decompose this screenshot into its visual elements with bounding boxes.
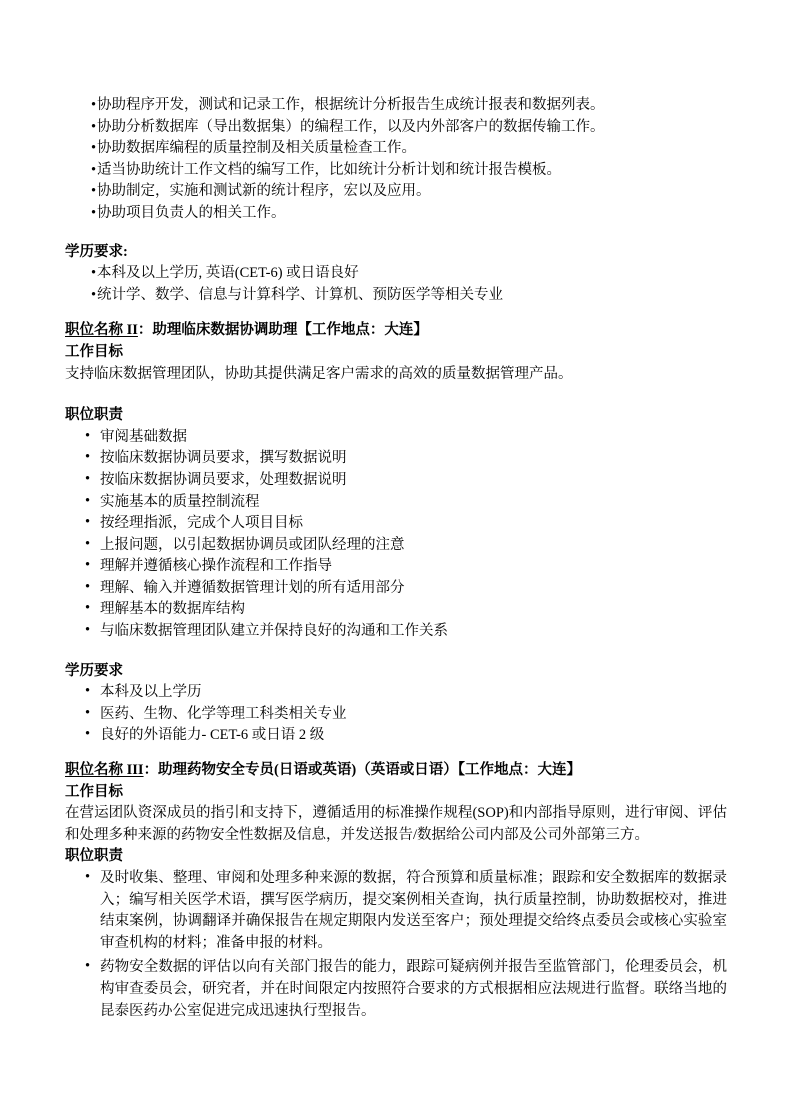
list-item: 按临床数据协调员要求，撰写数据说明 [65, 448, 727, 470]
education-requirements-list: 本科及以上学历, 英语(CET-6) 或日语良好统计学、数学、信息与计算科学、计… [65, 263, 727, 306]
list-item: 良好的外语能力- CET-6 或日语 2 级 [65, 725, 727, 747]
list-item: 理解并遵循核心操作流程和工作指导 [65, 556, 727, 578]
list-item: 及时收集、整理、审阅和处理多种来源的数据，符合预算和质量标准；跟踪和安全数据库的… [65, 868, 727, 954]
list-item: 理解、输入并遵循数据管理计划的所有适用部分 [65, 578, 727, 600]
list-item: 本科及以上学历 [65, 682, 727, 704]
list-item: 审阅基础数据 [65, 427, 727, 449]
list-item: 本科及以上学历, 英语(CET-6) 或日语良好 [65, 263, 727, 285]
job2-education-heading: 学历要求 [65, 661, 727, 683]
list-item: 与临床数据管理团队建立并保持良好的沟通和工作关系 [65, 621, 727, 643]
list-item: 药物安全数据的评估以向有关部门报告的能力，跟踪可疑病例并报告至监管部门，伦理委员… [65, 957, 727, 1022]
list-item: 实施基本的质量控制流程 [65, 492, 727, 514]
job2-duties-list: 审阅基础数据按临床数据协调员要求，撰写数据说明按临床数据协调员要求，处理数据说明… [65, 427, 727, 643]
job2-goal-text: 支持临床数据管理团队，协助其提供满足客户需求的高效的质量数据管理产品。 [65, 364, 727, 386]
list-item: 按临床数据协调员要求，处理数据说明 [65, 470, 727, 492]
job2-title-rest: ：助理临床数据协调助理【工作地点：大连】 [138, 322, 428, 338]
job3-goal-heading: 工作目标 [65, 782, 727, 804]
job2-education-list: 本科及以上学历医药、生物、化学等理工科类相关专业良好的外语能力- CET-6 或… [65, 682, 727, 747]
job3-goal-text: 在营运团队资深成员的指引和支持下，遵循适用的标准操作规程(SOP)和内部指导原则… [65, 803, 727, 846]
list-item: 协助程序开发，测试和记录工作，根据统计分析报告生成统计报表和数据列表。 [65, 95, 727, 117]
job2-duties-heading: 职位职责 [65, 405, 727, 427]
list-item: 协助项目负责人的相关工作。 [65, 203, 727, 225]
intro-duties-list: 协助程序开发，测试和记录工作，根据统计分析报告生成统计报表和数据列表。协助分析数… [65, 95, 727, 225]
list-item: 协助数据库编程的质量控制及相关质量检查工作。 [65, 138, 727, 160]
job2-title-name: 职位名称 II [65, 322, 138, 338]
list-item: 协助制定，实施和测试新的统计程序，宏以及应用。 [65, 181, 727, 203]
job3-title-rest: ：助理药物安全专员(日语或英语)（英语或日语）【工作地点：大连】 [144, 762, 581, 778]
document-page: 协助程序开发，测试和记录工作，根据统计分析报告生成统计报表和数据列表。协助分析数… [0, 0, 792, 1120]
job2-goal-heading: 工作目标 [65, 342, 727, 364]
job3-duties-heading: 职位职责 [65, 846, 727, 868]
list-item: 协助分析数据库（导出数据集）的编程工作，以及内外部客户的数据传输工作。 [65, 117, 727, 139]
list-item: 上报问题，以引起数据协调员或团队经理的注意 [65, 535, 727, 557]
list-item: 统计学、数学、信息与计算科学、计算机、预防医学等相关专业 [65, 285, 727, 307]
list-item: 按经理指派，完成个人项目目标 [65, 513, 727, 535]
education-requirements-heading: 学历要求: [65, 242, 727, 264]
list-item: 适当协助统计工作文档的编写工作，比如统计分析计划和统计报告模板。 [65, 160, 727, 182]
job3-duties-list: 及时收集、整理、审阅和处理多种来源的数据，符合预算和质量标准；跟踪和安全数据库的… [65, 868, 727, 1022]
list-item: 医药、生物、化学等理工科类相关专业 [65, 704, 727, 726]
job3-title: 职位名称 III：助理药物安全专员(日语或英语)（英语或日语）【工作地点：大连】 [65, 760, 727, 782]
job2-title: 职位名称 II：助理临床数据协调助理【工作地点：大连】 [65, 320, 727, 342]
job3-title-name: 职位名称 III [65, 762, 144, 778]
list-item: 理解基本的数据库结构 [65, 599, 727, 621]
